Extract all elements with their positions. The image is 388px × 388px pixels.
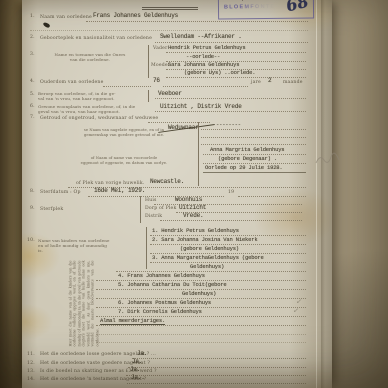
previous-spouse-name: Anna Margrita Geldenhuys <box>210 147 284 153</box>
field-11-number: 11. <box>27 352 35 358</box>
death-notice-form: VOLGENS DIE VOORSKRIFTE VERVAT IN DIE BO… <box>0 0 388 388</box>
field-11-value: Ja. <box>137 351 147 358</box>
divider-line <box>198 122 199 186</box>
rule-line <box>203 172 306 173</box>
rule-line <box>127 383 306 384</box>
field-5-label-line2: val van 'n vrou, van haar eggenoot. <box>38 96 144 101</box>
field-1-value: Frans Johannes Geldenhuys <box>93 13 178 20</box>
field-8-year-suffix: 19 <box>228 190 234 196</box>
rotated-margin-instruction: Hier moet die name van al die kinders va… <box>40 258 128 348</box>
field-4-label: Ouderdom van oorledene <box>40 80 104 86</box>
field-10-label-line3: is. <box>38 248 138 253</box>
child-2-continued: (gebore Geldenhuys) <box>180 246 239 252</box>
field-4-number: 4. <box>30 79 35 85</box>
pencil-scribble-mark <box>314 152 342 168</box>
field-7-label: Getroud of ongetroud, weduwnaar of weduw… <box>40 116 158 122</box>
previous-spouse-death-date: Oorlede op 29 Julie 1928. <box>205 165 283 171</box>
rule-line <box>201 129 306 130</box>
field-7-number: 7. <box>30 115 35 121</box>
field-2-number: 2. <box>30 35 35 41</box>
child-1: 1. Hendrik Petrus Geldenhuys <box>152 228 239 234</box>
rule-line <box>201 137 306 138</box>
divider-line <box>148 45 149 78</box>
huis-label: Huis <box>145 198 157 204</box>
field-14-number: 14. <box>27 377 35 383</box>
field-8-value: 16de Mei, 1929. <box>94 188 145 195</box>
check-mark-icon: ✓ <box>295 297 302 307</box>
moeder-value: Sara Johanna Geldenhuys <box>168 62 239 68</box>
rule-line <box>163 86 248 87</box>
rule-line <box>86 21 308 22</box>
header-rule <box>142 9 198 10</box>
divider-line <box>140 196 141 223</box>
rule-line <box>132 358 306 359</box>
rule-line <box>238 196 306 197</box>
field-1-number: 1. <box>30 14 35 20</box>
rule-line <box>154 204 302 205</box>
field-12-number: 12. <box>27 361 35 367</box>
rule-line <box>128 367 306 368</box>
distrik-label: Distrik <box>145 214 162 220</box>
field-12-value: Ja. <box>132 359 142 366</box>
field-5-number: 5. <box>30 92 35 98</box>
rule-line <box>150 262 306 263</box>
rule-line <box>155 98 306 99</box>
child-4: 4. Frans Johannes Geldenhuys <box>118 273 205 279</box>
rule-line <box>160 220 302 221</box>
field-3-number: 3. <box>30 52 35 58</box>
field-1-label: Naam van oorledene <box>40 15 92 21</box>
vader-value: Hendrik Petrus Geldenhuys <box>168 45 246 51</box>
check-mark-icon: ✓ <box>292 306 299 316</box>
divider-line <box>146 227 147 269</box>
child-2: 2. Sara Johanna Josina Van Niekerk <box>152 237 257 243</box>
field-2-label: Geboorteplek en nasionaliteit van oorled… <box>40 36 152 42</box>
years-label: jare <box>251 80 261 86</box>
field-9-label: Sterfplek <box>40 207 63 213</box>
age-years-value: 76 <box>153 78 160 85</box>
child-7: 7. Dirk Cornelis Geldenhuys <box>118 309 202 315</box>
photograph-of-death-notice: VOLGENS DIE VOORSKRIFTE VERVAT IN DIE BO… <box>0 0 388 388</box>
child-6: 6. Johannes Postmus Geldenhuys <box>118 300 211 306</box>
rule-line <box>201 144 306 145</box>
previous-marriage-place-label: of Plek van vorige huwelik. <box>76 181 145 187</box>
field-5-value: Veeboer <box>158 91 182 98</box>
child-5-continued: Geldenhuys) <box>182 291 216 297</box>
dashes-entry: -------- <box>216 122 241 128</box>
child-5: 5. Johanna Catharina Du Toit(gebore <box>118 282 227 288</box>
field-8-label: Sterfdatum : Op <box>40 190 81 196</box>
rule-line <box>155 111 306 112</box>
child-3-continued: Geldenhuys) <box>190 264 224 270</box>
field-14-value: Ja.. <box>131 375 145 382</box>
field-6-number: 6. <box>30 104 35 110</box>
stamp-place-text: BLOEMFONTEIN <box>224 4 284 11</box>
child-3: 3. Anna MargarethaGeldenhuys (gebore <box>152 255 264 261</box>
rule-line <box>155 42 308 43</box>
huis-value: Woonhuis <box>175 197 202 204</box>
rule-line <box>126 375 306 376</box>
field-8-number: 8. <box>30 189 35 195</box>
previous-spouse-maiden-name: (gebore Degenaar) . <box>218 156 277 162</box>
margin-note-text: Hier moet die name van al die kinders va… <box>69 260 100 346</box>
field-13-value: Ja. <box>130 367 140 374</box>
rule-line <box>30 30 308 31</box>
dorp-label: Dorp of Plek <box>145 206 176 212</box>
vader-label: Vader <box>153 46 168 52</box>
dorp-value: Uitzicht <box>179 205 206 212</box>
moeder-note: (gebore Uys) ..oorlede. <box>184 70 255 76</box>
field-6-value: Uitzicht , Distrik Vrede <box>160 104 242 111</box>
spouse-a-label-line2: gemeenskap van goedere getroud of nie. <box>60 133 188 138</box>
field-9-number: 9. <box>30 206 35 212</box>
ink-speck <box>42 21 50 28</box>
spouse-b-label-line2: eggenoot of eggenote, en datum van oorly… <box>60 161 188 166</box>
divider-line <box>148 90 149 102</box>
rule-line <box>103 86 151 87</box>
field-10-number: 10. <box>27 238 35 244</box>
age-months-value: 2 <box>268 78 271 85</box>
field-3-label-line2: van die oorledene. <box>38 57 142 62</box>
header-rule <box>142 7 198 8</box>
previous-marriage-place-value: Newcastle. <box>150 179 184 186</box>
distrik-value: Vrede. <box>183 213 203 220</box>
vader-note: --oorlede-- <box>186 54 220 60</box>
rule-line <box>148 122 210 123</box>
field-6-label-line2: geval van 'n vrou, van haar eggenoot. <box>38 109 150 114</box>
months-label: maande <box>283 80 303 86</box>
rule-line <box>88 196 224 197</box>
field-13-number: 13. <box>27 369 35 375</box>
rule-line <box>166 77 306 78</box>
field-2-value: Swellendam --Afrikaner . <box>160 34 242 41</box>
